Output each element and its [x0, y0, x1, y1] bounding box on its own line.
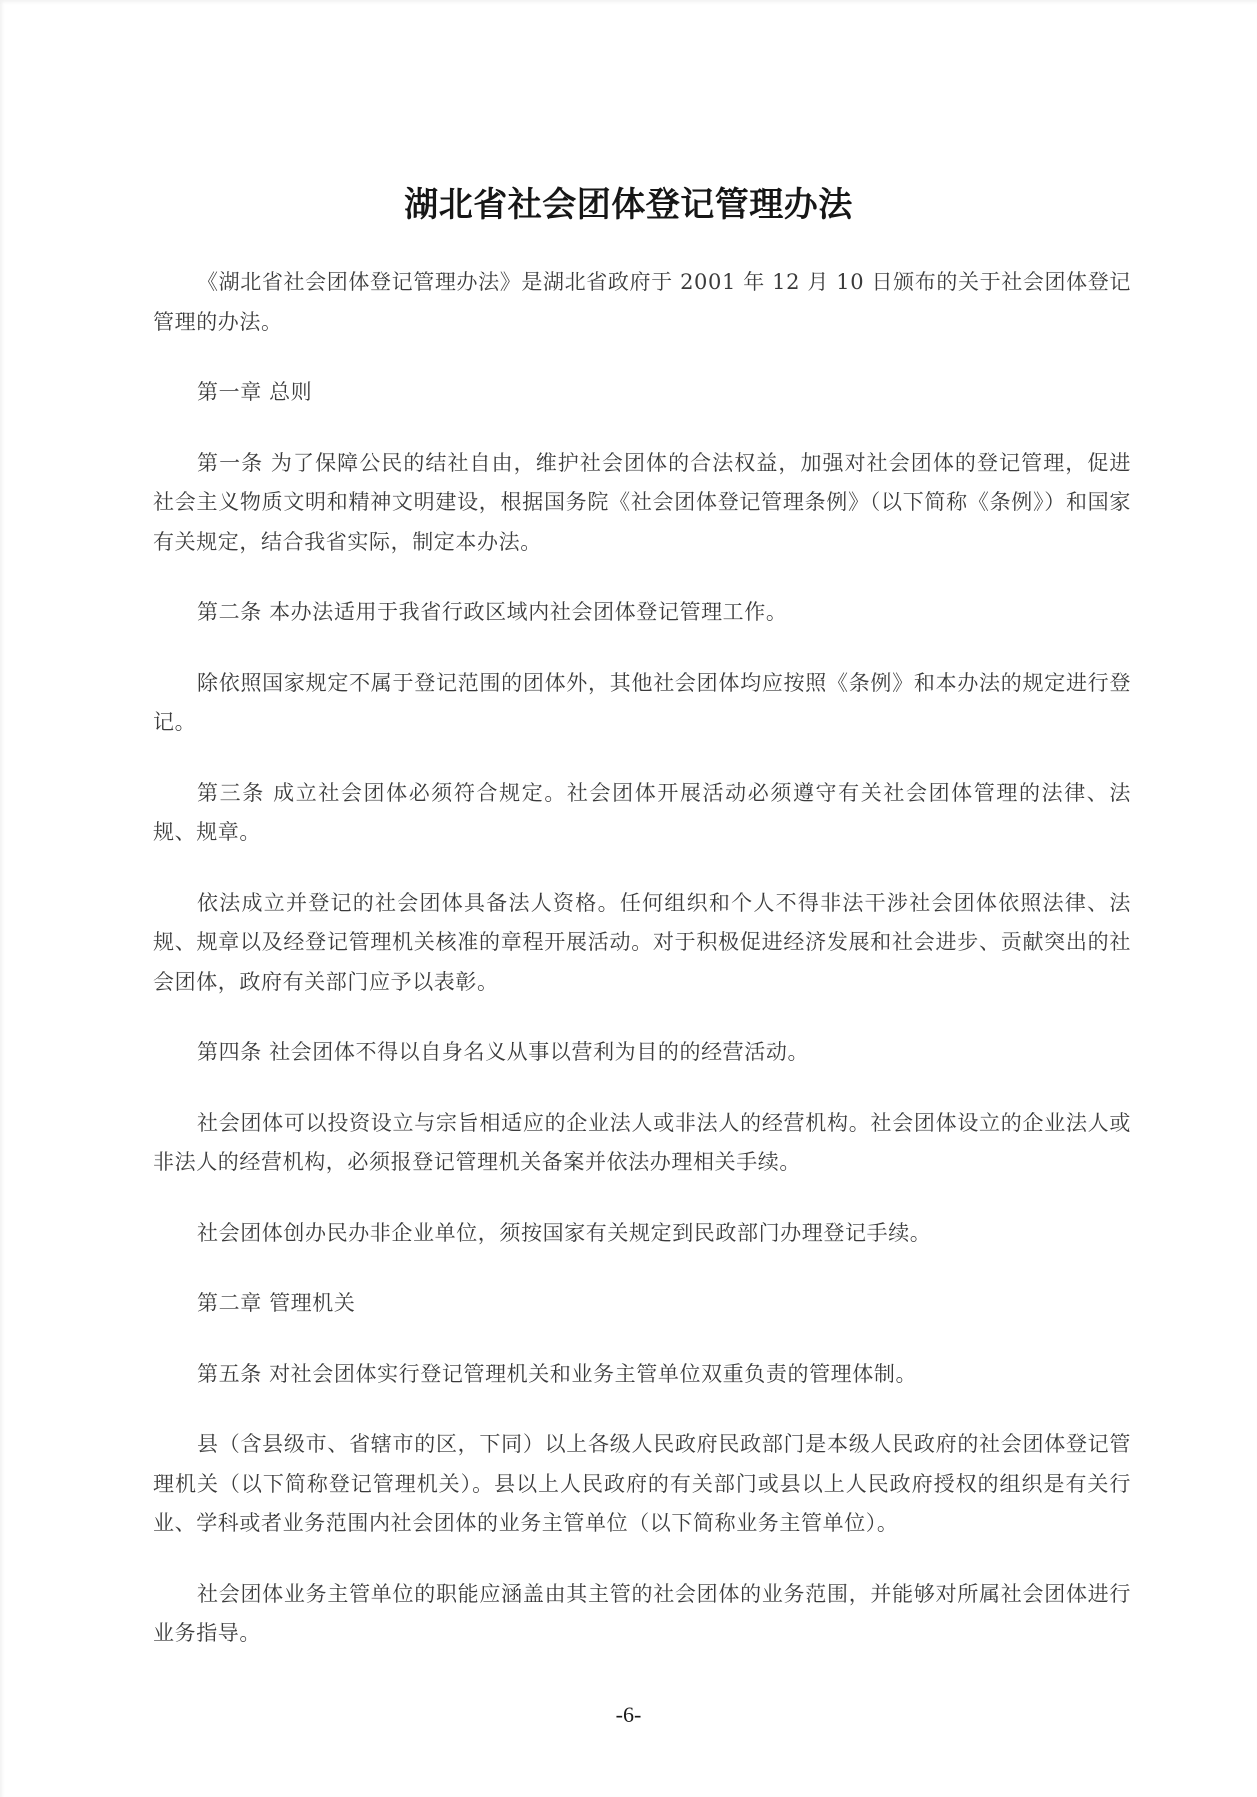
page-number: -6- — [0, 1701, 1257, 1729]
article-2: 第二条 本办法适用于我省行政区域内社会团体登记管理工作。 — [153, 593, 1131, 633]
chapter-heading-2: 第二章 管理机关 — [153, 1284, 1131, 1324]
intro-paragraph: 《湖北省社会团体登记管理办法》是湖北省政府于 2001 年 12 月 10 日颁… — [153, 263, 1131, 342]
document-page: 湖北省社会团体登记管理办法 《湖北省社会团体登记管理办法》是湖北省政府于 200… — [0, 0, 1257, 1797]
document-body: 《湖北省社会团体登记管理办法》是湖北省政府于 2001 年 12 月 10 日颁… — [153, 263, 1131, 1685]
chapter-heading-1: 第一章 总则 — [153, 373, 1131, 413]
article-4: 第四条 社会团体不得以自身名义从事以营利为目的的经营活动。 — [153, 1033, 1131, 1073]
article-1: 第一条 为了保障公民的结社自由，维护社会团体的合法权益，加强对社会团体的登记管理… — [153, 444, 1131, 563]
article-2-paragraph-2: 除依照国家规定不属于登记范围的团体外，其他社会团体均应按照《条例》和本办法的规定… — [153, 664, 1131, 743]
document-title: 湖北省社会团体登记管理办法 — [0, 183, 1257, 227]
article-4-paragraph-3: 社会团体创办民办非企业单位，须按国家有关规定到民政部门办理登记手续。 — [153, 1214, 1131, 1254]
article-5: 第五条 对社会团体实行登记管理机关和业务主管单位双重负责的管理体制。 — [153, 1355, 1131, 1395]
article-3-paragraph-2: 依法成立并登记的社会团体具备法人资格。任何组织和个人不得非法干涉社会团体依照法律… — [153, 884, 1131, 1003]
article-4-paragraph-2: 社会团体可以投资设立与宗旨相适应的企业法人或非法人的经营机构。社会团体设立的企业… — [153, 1104, 1131, 1183]
article-3: 第三条 成立社会团体必须符合规定。社会团体开展活动必须遵守有关社会团体管理的法律… — [153, 774, 1131, 853]
article-5-paragraph-2: 县（含县级市、省辖市的区，下同）以上各级人民政府民政部门是本级人民政府的社会团体… — [153, 1425, 1131, 1544]
article-5-paragraph-3: 社会团体业务主管单位的职能应涵盖由其主管的社会团体的业务范围，并能够对所属社会团… — [153, 1575, 1131, 1654]
